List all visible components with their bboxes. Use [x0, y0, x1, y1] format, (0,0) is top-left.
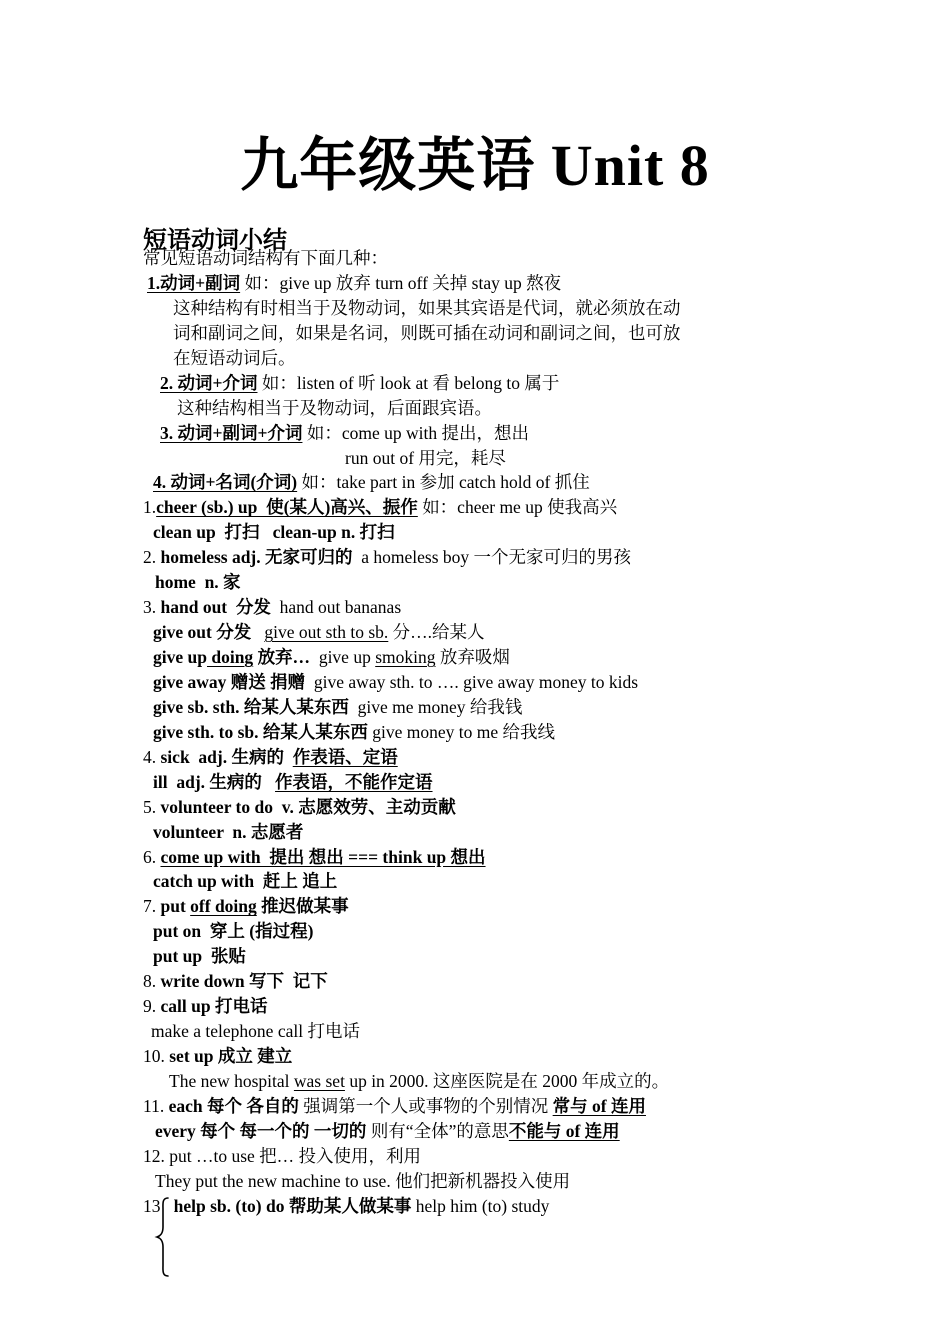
text-segment: help sb. (to) do 帮助某人做某事	[174, 1196, 412, 1216]
text-segment: The new hospital	[169, 1071, 294, 1091]
curly-brace-icon	[152, 1197, 172, 1277]
text-segment: 如：cheer me up 使我高兴	[418, 497, 617, 517]
text-segment: 在短语动词后。	[173, 348, 296, 368]
text-line: give out 分发 give out sth to sb. 分….给某人	[143, 620, 903, 645]
text-segment: smoking	[375, 647, 435, 667]
page-title: 九年级英语 Unit 8	[0, 118, 950, 202]
text-line: 7. put off doing 推迟做某事	[143, 894, 903, 919]
text-segment: 则有“全体”的意思	[366, 1121, 508, 1141]
text-line: 5. volunteer to do v. 志愿效劳、主动贡献	[143, 795, 903, 820]
text-segment: 这种结构相当于及物动词，后面跟宾语。	[177, 398, 492, 418]
text-segment: was set	[294, 1071, 345, 1091]
text-segment: 如：come up with 提出，想出	[302, 423, 529, 443]
text-segment: put up 张贴	[153, 946, 246, 966]
text-line: put up 张贴	[143, 944, 903, 969]
text-segment: 作表语、定语	[293, 747, 398, 767]
text-line: 12. put …to use 把… 投入使用，利用	[143, 1144, 903, 1169]
text-segment: 这种结构有时相当于及物动词，如果其宾语是代词，就必须放在动	[173, 298, 681, 318]
text-segment: They put the new machine to use. 他们把新机器投…	[155, 1171, 570, 1191]
text-segment: 9.	[143, 996, 161, 1016]
text-segment: give up	[153, 647, 207, 667]
text-segment: 11.	[143, 1096, 169, 1116]
text-line: 4. 动词+名词(介词) 如：take part in 参加 catch hol…	[143, 470, 903, 495]
text-segment: 1.动词+副词	[147, 273, 240, 293]
text-line: volunteer n. 志愿者	[143, 820, 903, 845]
text-segment: every 每个 每一个的 一切的	[155, 1121, 366, 1141]
text-line: catch up with 赶上 追上	[143, 869, 903, 894]
text-segment: homeless adj. 无家可归的	[161, 547, 353, 567]
text-segment: up in 2000. 这座医院是在 2000 年成立的。	[345, 1071, 669, 1091]
text-line: 这种结构有时相当于及物动词，如果其宾语是代词，就必须放在动	[143, 296, 903, 321]
text-line: give up doing 放弃… give up smoking 放弃吸烟	[143, 645, 903, 670]
text-line: 2. homeless adj. 无家可归的 a homeless boy 一个…	[143, 545, 903, 570]
text-line: make a telephone call 打电话	[143, 1019, 903, 1044]
text-segment: 3.	[143, 597, 161, 617]
text-segment: 强调第一个人或事物的个别情况	[299, 1096, 553, 1116]
text-segment: 如：take part in 参加 catch hold of 抓住	[297, 472, 590, 492]
text-segment: 如：listen of 听 look at 看 belong to 属于	[257, 373, 559, 393]
text-segment: 词和副词之间，如果是名词，则既可插在动词和副词之间，也可放	[173, 323, 681, 343]
text-segment: 7.	[143, 896, 161, 916]
text-line: 词和副词之间，如果是名词，则既可插在动词和副词之间，也可放	[143, 321, 903, 346]
text-segment: give away sth. to …. give away money to …	[305, 672, 638, 692]
text-line: give away 赠送 捐赠 give away sth. to …. giv…	[143, 670, 903, 695]
text-segment: call up 打电话	[161, 996, 268, 1016]
text-segment: each 每个 各自的	[169, 1096, 299, 1116]
text-line: 8. write down 写下 记下	[143, 969, 903, 994]
text-segment: put	[161, 896, 191, 916]
text-line: 13 help sb. (to) do 帮助某人做某事 help him (to…	[143, 1194, 903, 1219]
text-segment: 2.	[143, 547, 161, 567]
content: 常见短语动词结构有下面几种：1.动词+副词 如：give up 放弃 turn …	[143, 246, 903, 1219]
text-segment: give me money 给我钱	[349, 697, 523, 717]
text-line: give sth. to sb. 给某人某东西 give money to me…	[143, 720, 903, 745]
text-segment: help him (to) study	[411, 1196, 549, 1216]
text-segment: give up	[310, 647, 375, 667]
text-segment: run out of 用完，耗尽	[345, 448, 506, 468]
text-segment: 放弃…	[253, 647, 310, 667]
text-segment: 2. 动词+介词	[160, 373, 257, 393]
text-line: run out of 用完，耗尽	[143, 446, 903, 471]
text-line: 2. 动词+介词 如：listen of 听 look at 看 belong …	[143, 371, 903, 396]
text-line: every 每个 每一个的 一切的 则有“全体”的意思不能与 of 连用	[143, 1119, 903, 1144]
text-segment: cheer (sb.) up 使(某人)高兴、振作	[156, 497, 418, 517]
text-line: 11. each 每个 各自的 强调第一个人或事物的个别情况 常与 of 连用	[143, 1094, 903, 1119]
text-segment: give sth. to sb. 给某人某东西	[153, 722, 368, 742]
text-segment: 6.	[143, 847, 161, 867]
text-line: put on 穿上 (指过程)	[143, 919, 903, 944]
text-segment: 5.	[143, 797, 161, 817]
text-line: 10. set up 成立 建立	[143, 1044, 903, 1069]
text-segment: 12. put …to use 把… 投入使用，利用	[143, 1146, 421, 1166]
text-line: 4. sick adj. 生病的 作表语、定语	[143, 745, 903, 770]
text-segment: come up with 提出 想出 === think up 想出	[161, 847, 486, 867]
text-segment: give out sth to sb.	[264, 622, 388, 642]
text-segment: give money to me 给我线	[368, 722, 555, 742]
text-segment: give away 赠送 捐赠	[153, 672, 305, 692]
text-segment: 放弃吸烟	[436, 647, 510, 667]
text-line: 3. 动词+副词+介词 如：come up with 提出，想出	[143, 421, 903, 446]
document-page: 九年级英语 Unit 8 短语动词小结 常见短语动词结构有下面几种：1.动词+副…	[0, 0, 950, 1344]
text-segment: write down 写下 记下	[161, 971, 328, 991]
text-segment: clean up 打扫 clean-up n. 打扫	[153, 522, 395, 542]
text-line: 1.cheer (sb.) up 使(某人)高兴、振作 如：cheer me u…	[143, 495, 903, 520]
text-segment: 4.	[143, 747, 161, 767]
text-segment: 常与 of 连用	[553, 1096, 646, 1116]
text-segment: 推迟做某事	[257, 896, 349, 916]
text-segment: 作表语，不能作定语	[275, 772, 433, 792]
text-line: clean up 打扫 clean-up n. 打扫	[143, 520, 903, 545]
text-segment: 分….给某人	[388, 622, 484, 642]
text-segment: put on 穿上 (指过程)	[153, 921, 313, 941]
text-line: 这种结构相当于及物动词，后面跟宾语。	[143, 396, 903, 421]
text-segment: hand out 分发	[161, 597, 271, 617]
text-segment: 4. 动词+名词(介词)	[153, 472, 297, 492]
text-line: The new hospital was set up in 2000. 这座医…	[143, 1069, 903, 1094]
text-segment: volunteer n. 志愿者	[153, 822, 303, 842]
text-line: 3. hand out 分发 hand out bananas	[143, 595, 903, 620]
text-segment: give sb. sth. 给某人某东西	[153, 697, 349, 717]
text-segment: hand out bananas	[271, 597, 401, 617]
text-segment: give out 分发	[153, 622, 251, 642]
text-segment: home n. 家	[155, 572, 241, 592]
text-segment: 8.	[143, 971, 161, 991]
text-segment: 不能与 of 连用	[509, 1121, 620, 1141]
text-segment	[284, 747, 293, 767]
text-segment	[262, 772, 275, 792]
text-segment: doing	[207, 647, 253, 667]
text-segment: make a telephone call 打电话	[151, 1021, 360, 1041]
text-segment: sick adj. 生病的	[161, 747, 284, 767]
text-line: 在短语动词后。	[143, 346, 903, 371]
text-segment: 如：give up 放弃 turn off 关掉 stay up 熬夜	[240, 273, 561, 293]
text-line: 6. come up with 提出 想出 === think up 想出	[143, 845, 903, 870]
text-segment: ill adj. 生病的	[153, 772, 262, 792]
text-segment	[251, 622, 264, 642]
text-line: give sb. sth. 给某人某东西 give me money 给我钱	[143, 695, 903, 720]
text-segment: a homeless boy 一个无家可归的男孩	[353, 547, 632, 567]
text-line: They put the new machine to use. 他们把新机器投…	[143, 1169, 903, 1194]
text-line: 1.动词+副词 如：give up 放弃 turn off 关掉 stay up…	[143, 271, 903, 296]
text-segment: catch up with 赶上 追上	[153, 871, 337, 891]
text-segment: off doing	[190, 896, 257, 916]
text-line: 常见短语动词结构有下面几种：	[143, 246, 903, 271]
text-line: ill adj. 生病的 作表语，不能作定语	[143, 770, 903, 795]
text-segment: 10.	[143, 1046, 169, 1066]
text-segment: volunteer to do v. 志愿效劳、主动贡献	[161, 797, 456, 817]
text-line: 9. call up 打电话	[143, 994, 903, 1019]
text-segment: set up 成立 建立	[169, 1046, 292, 1066]
text-segment: 3. 动词+副词+介词	[160, 423, 302, 443]
text-line: home n. 家	[143, 570, 903, 595]
text-segment: 1.	[143, 497, 156, 517]
text-segment: 常见短语动词结构有下面几种：	[143, 248, 388, 268]
